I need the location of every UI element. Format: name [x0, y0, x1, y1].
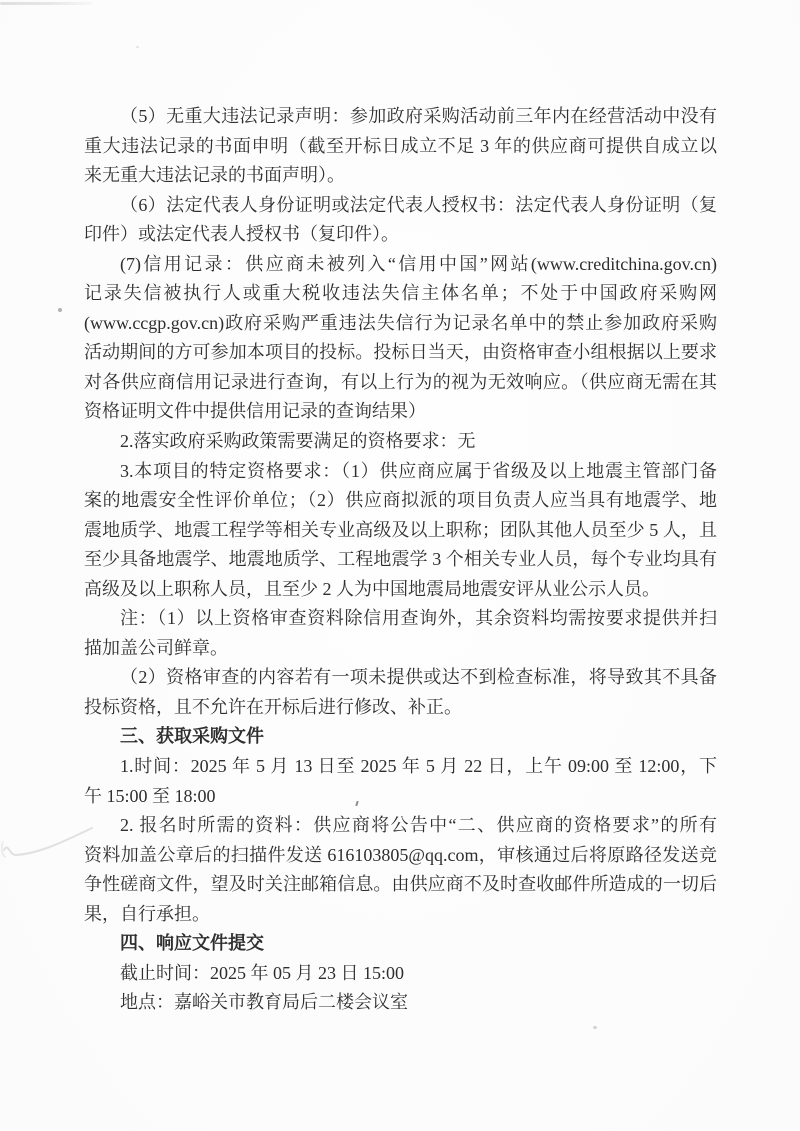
text-line-item-5-no-major-violation-2: 重大违法记录的书面申明（截至开标日成立不足 3 年的供应商可提供自成立以 [84, 132, 717, 162]
text-line-section-3-time-2: 午 15:00 至 18:00 [84, 782, 717, 812]
scan-artifact-top-edge-line [0, 2, 92, 5]
scanned-page: { "page": { "kind": "scanned-document", … [0, 0, 800, 1131]
text-line-item-7-credit-record-1: (7)信用记录：供应商未被列入“信用中国”网站(www.creditchina.… [84, 250, 717, 280]
text-line-section-3-materials-2: 资料加盖公章后的扫描件发送 616103805@qq.com，审核通过后将原路径… [84, 841, 717, 871]
text-line-section-3-materials-4: 果，自行承担。 [84, 900, 717, 930]
text-line-item-3-specific-qualifications-5: 高级及以上职称人员，且至少 2 人为中国地震局地震安评从业公示人员。 [84, 575, 717, 605]
text-line-note-2-2: 投标资格，且不允许在开标后进行修改、补正。 [84, 693, 717, 723]
text-line-item-3-specific-qualifications-4: 至少具备地震学、地震地质学、工程地震学 3 个相关专业人员，每个专业均具有 [84, 545, 717, 575]
text-line-section-3-heading-1: 三、获取采购文件 [84, 722, 717, 752]
text-line-item-3-specific-qualifications-2: 案的地震安全性评价单位；（2）供应商拟派的项目负责人应当具有地震学、地 [84, 486, 717, 516]
text-line-note-2-1: （2）资格审查的内容若有一项未提供或达不到检查标准，将导致其不具备 [84, 663, 717, 693]
text-line-section-4-deadline-1: 截止时间：2025 年 05 月 23 日 15:00 [84, 959, 717, 989]
scan-artifact-speck [58, 308, 62, 312]
text-line-item-7-credit-record-2: 记录失信被执行人或重大税收违法失信主体名单；不处于中国政府采购网 [84, 279, 717, 309]
text-line-note-1-2: 描加盖公司鲜章。 [84, 634, 717, 664]
text-line-note-1-1: 注：（1）以上资格审查资料除信用查询外，其余资料均需按要求提供并扫 [84, 604, 717, 634]
text-line-item-7-credit-record-6: 资格证明文件中提供信用记录的查询结果） [84, 397, 717, 427]
document-body: （5）无重大违法记录声明：参加政府采购活动前三年内在经营活动中没有重大违法记录的… [84, 102, 717, 1018]
text-line-item-2-policy-requirements-1: 2.落实政府采购政策需要满足的资格要求：无 [84, 427, 717, 457]
text-line-section-3-time-1: 1.时间：2025 年 5 月 13 日至 2025 年 5 月 22 日，上午… [84, 752, 717, 782]
text-line-item-6-legal-representative-2: 印件）或法定代表人授权书（复印件）。 [84, 220, 717, 250]
text-line-item-7-credit-record-3: (www.ccgp.gov.cn)政府采购严重违法失信行为记录名单中的禁止参加政… [84, 309, 717, 339]
text-line-section-3-materials-1: 2. 报名时所需的资料：供应商将公告中“二、供应商的资格要求”的所有 [84, 811, 717, 841]
text-line-section-4-heading-1: 四、响应文件提交 [84, 929, 717, 959]
text-line-item-3-specific-qualifications-1: 3.本项目的特定资格要求：（1）供应商应属于省级及以上地震主管部门备 [84, 457, 717, 487]
text-line-item-6-legal-representative-1: （6）法定代表人身份证明或法定代表人授权书：法定代表人身份证明（复 [84, 191, 717, 221]
text-line-item-7-credit-record-5: 对各供应商信用记录进行查询，有以上行为的视为无效响应。（供应商无需在其 [84, 368, 717, 398]
text-line-item-7-credit-record-4: 活动期间的方可参加本项目的投标。投标日当天，由资格审查小组根据以上要求 [84, 338, 717, 368]
scan-artifact-speck [136, 46, 139, 48]
text-line-item-5-no-major-violation-1: （5）无重大违法记录声明：参加政府采购活动前三年内在经营活动中没有 [84, 102, 717, 132]
scan-artifact-speck [593, 1026, 597, 1029]
text-line-item-3-specific-qualifications-3: 震地质学、地震工程学等相关专业高级及以上职称；团队其他人员至少 5 人，且 [84, 516, 717, 546]
text-line-item-5-no-major-violation-3: 来无重大违法记录的书面声明）。 [84, 161, 717, 191]
text-line-section-3-materials-3: 争性磋商文件，望及时关注邮箱信息。由供应商不及时查收邮件所造成的一切后 [84, 870, 717, 900]
text-line-section-4-location-1: 地点：嘉峪关市教育局后二楼会议室 [84, 988, 717, 1018]
